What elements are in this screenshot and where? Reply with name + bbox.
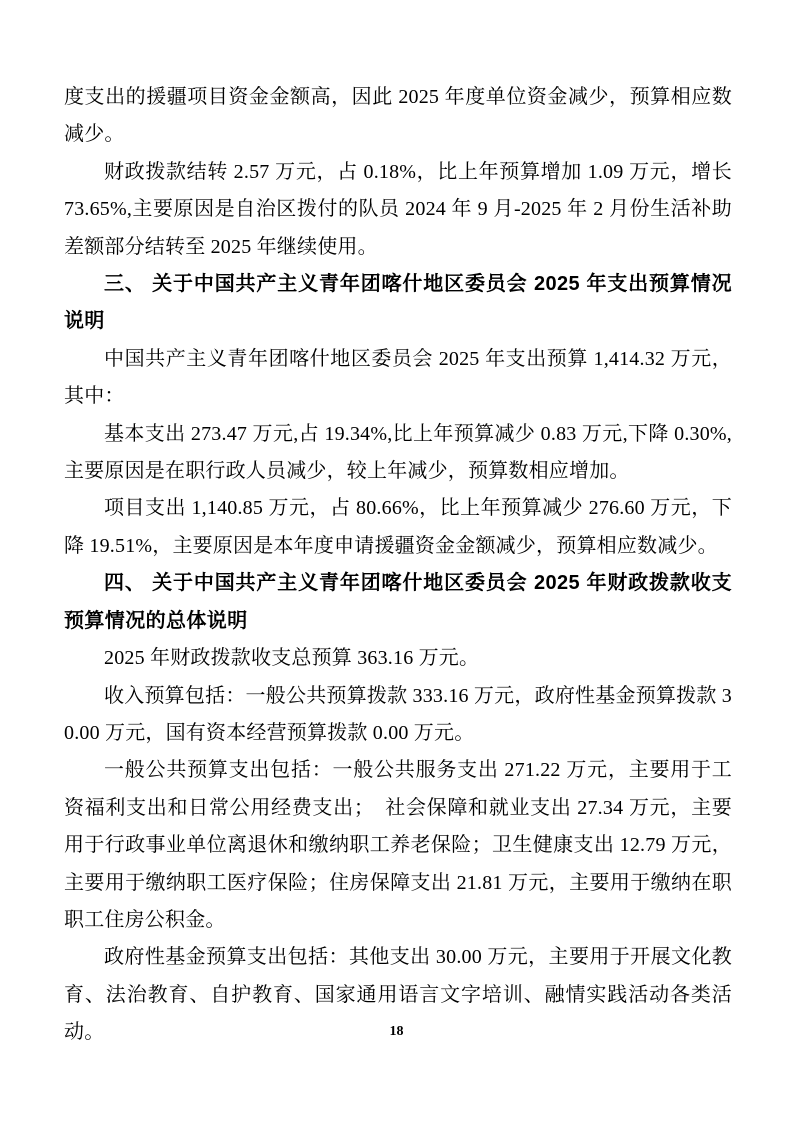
paragraph: 财政拨款结转 2.57 万元，占 0.18%，比上年预算增加 1.09 万元，增… [64,154,732,266]
document-body: 度支出的援疆项目资金金额高，因此 2025 年度单位资金减少，预算相应数减少。财… [64,79,732,1052]
section-heading: 四、 关于中国共产主义青年团喀什地区委员会 2025 年财政拨款收支预算情况的总… [64,565,732,640]
paragraph: 度支出的援疆项目资金金额高，因此 2025 年度单位资金减少，预算相应数减少。 [64,79,732,154]
paragraph: 2025 年财政拨款收支总预算 363.16 万元。 [64,640,732,677]
document-page: 度支出的援疆项目资金金额高，因此 2025 年度单位资金减少，预算相应数减少。财… [0,0,793,1122]
paragraph: 项目支出 1,140.85 万元，占 80.66%，比上年预算减少 276.60… [64,490,732,565]
paragraph: 一般公共预算支出包括：一般公共服务支出 271.22 万元，主要用于工资福利支出… [64,752,732,939]
section-heading: 三、 关于中国共产主义青年团喀什地区委员会 2025 年支出预算情况说明 [64,266,732,341]
paragraph: 中国共产主义青年团喀什地区委员会 2025 年支出预算 1,414.32 万元，… [64,341,732,416]
page-number: 18 [0,1024,793,1040]
paragraph: 收入预算包括：一般公共预算拨款 333.16 万元，政府性基金预算拨款 30.0… [64,678,732,753]
paragraph: 基本支出 273.47 万元,占 19.34%,比上年预算减少 0.83 万元,… [64,416,732,491]
